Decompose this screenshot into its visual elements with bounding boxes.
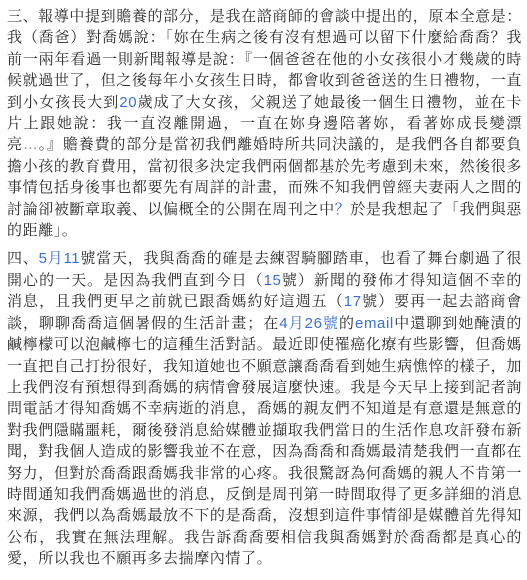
paragraph-three: 三、報導中提到贍養的部分，是我在諮商師的會談中提出的，原本全意是：我（喬爸）對喬… — [7, 6, 522, 241]
link-text[interactable]: 15 — [264, 272, 282, 289]
link-text[interactable]: 17 — [344, 293, 362, 310]
paragraph-four: 四、5月11號當天，我與喬喬的確是去練習騎腳踏車，也看了舞台劇過了很開心的一天。… — [7, 248, 522, 569]
link-text[interactable]: ？ — [335, 201, 351, 218]
statement-document: 三、報導中提到贍養的部分，是我在諮商師的會談中提出的，原本全意是：我（喬爸）對喬… — [0, 0, 527, 580]
link-text[interactable]: 4月26號 — [279, 315, 339, 332]
text-segment: 四、 — [7, 250, 39, 267]
text-segment: 的 — [339, 315, 355, 332]
link-text[interactable]: 20 — [119, 94, 137, 111]
link-text[interactable]: email — [355, 315, 394, 332]
text-segment: 中還聊到她醃漬的鹹檸檬可以泡鹹檸七的這種生活對話。最近即使罹癌化療有些影響，但喬… — [7, 315, 522, 567]
link-text[interactable]: 5月11 — [39, 250, 81, 267]
ellipsis-text: … — [23, 136, 39, 153]
